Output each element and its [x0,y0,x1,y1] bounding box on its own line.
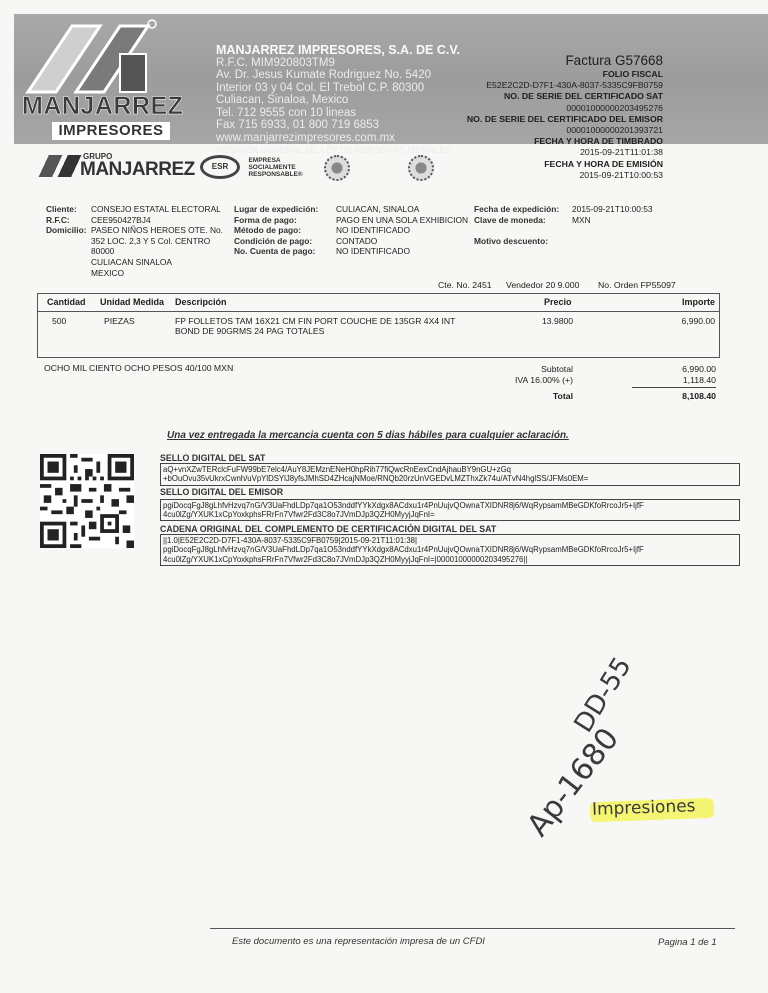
sello-sat-section: SELLO DIGITAL DEL SAT aQ+vnXZwTERclcFuFW… [160,453,740,566]
moneda-label: Clave de moneda: [474,215,559,226]
cadena-line: pgiDocqFgJ8gLhfvHzvq7nG/V3UaFhdLDp7qa1O5… [163,545,737,554]
table-header: Cantidad Unidad Medida Descripción Preci… [38,294,719,312]
invoice-title: Factura G57668 [467,53,663,69]
cell-descripcion-2: BOND DE 90GRMS 24 PAG TOTALES [175,326,324,337]
amount-in-words: OCHO MIL CIENTO OCHO PESOS 40/100 MXN [44,363,233,373]
sello-emisor-line: 4cu0lZg/YXUK1xCpYoxkphsFRrFn7Vfwr2Fd3C8o… [163,510,737,519]
esr-text-2: SOCIALMENTE [248,164,295,171]
sello-sat-line: +bOuOvu35vUkrxCwnh/uVpYlDSYlJ8yfsJMhSD4Z… [163,474,737,483]
global-compact-seal-icon [324,155,350,181]
lugar-value: CULIACAN, SINALOA [336,204,468,215]
handwritten-ap-1680: Ap-1680 [520,722,626,843]
iva-label: IVA 16.00% (+) [515,375,573,386]
orden-number: No. Orden FP55097 [598,280,676,290]
date-labels: Fecha de expedición: Clave de moneda: Mo… [474,204,559,246]
company-fax: Fax 715 6933, 01 800 719 6853 [216,119,460,132]
cliente-value: CONSEJO ESTATAL ELECTORAL [91,204,223,215]
lugar-label: Lugar de expedición: [234,204,318,215]
fecha-exp-label: Fecha de expedición: [474,204,559,215]
cadena-line: 4cu0lZg/YXUK1xCpYoxkphsFRrFn7Vfwr2Fd3C8o… [163,555,737,564]
grupo-manjarrez-logo: GRUPO MANJARREZ [38,155,82,177]
date-values: 2015-09-21T10:00:53 MXN [572,204,653,225]
total-value: 8,108.40 [682,391,716,402]
cell-unidad: PIEZAS [104,316,135,327]
domicilio-label: Domicilio: [46,225,86,236]
grupo-logo-mark-icon [38,155,82,177]
totals-divider [632,387,716,388]
header-unidad: Unidad Medida [100,297,164,307]
company-phone: Tel. 712 9555 con 10 lineas [216,107,460,120]
sello-sat-box: aQ+vnXZwTERclcFuFW99bE7elc4/AuY8JEMznENe… [160,463,740,486]
cell-precio: 13.9800 [542,316,573,327]
header-precio: Precio [544,297,572,307]
domicilio-line: 80000 [91,246,223,257]
cert-emisor-value: 00001000000201393721 [467,125,663,136]
cuenta-label: No. Cuenta de pago: [234,246,318,257]
grupo-word-text: MANJARREZ [80,159,195,181]
cadena-original-box: ||1.0|E52E2C2D-D7F1-430A-8037-5335C9FB07… [160,534,740,566]
payment-labels: Lugar de expedición: Forma de pago: Méto… [234,204,318,257]
header-cantidad: Cantidad [47,297,86,307]
company-address-3: Culiacan, Sinaloa, Mexico [216,94,460,107]
logo-brand-text: MANJARREZ [22,92,183,121]
folio-fiscal-value: E52E2C2D-D7F1-430A-8037-5335C9FB0759 [467,80,663,91]
cert-emisor-label: NO. DE SERIE DEL CERTIFICADO DEL EMISOR [467,114,663,125]
domicilio-line: 352 LOC. 2,3 Y 5 Col. CENTRO [91,236,223,247]
invoice-info: Factura G57668 FOLIO FISCAL E52E2C2D-D7F… [467,53,663,181]
vendedor: Vendedor 20 9.000 [506,280,579,290]
items-table: Cantidad Unidad Medida Descripción Preci… [37,293,720,358]
payment-values: CULIACAN, SINALOA PAGO EN UNA SOLA EXHIB… [336,204,468,257]
forma-value: PAGO EN UNA SOLA EXHIBICION [336,215,468,226]
sello-emisor-line: pgiDocqFgJ8gLhfvHzvq7nG/V3UaFhdLDp7qa1O5… [163,501,737,510]
company-logo: MANJARREZ IMPRESORES [20,14,160,136]
fecha-exp-value: 2015-09-21T10:00:53 [572,204,653,215]
sello-emisor-box: pgiDocqFgJ8gLhfvHzvq7nG/V3UaFhdLDp7qa1O5… [160,499,740,522]
cert-sat-label: NO. DE SERIE DEL CERTIFICADO SAT [467,91,663,102]
notice-text: Una vez entregada la mercancia cuenta co… [167,430,569,441]
logo-mark-icon [20,14,160,94]
cell-descripcion: FP FOLLETOS TAM 16X21 CM FIN PORT COUCHE… [175,316,455,327]
header-importe: Importe [682,297,715,307]
motivo-label: Motivo descuento: [474,236,559,247]
emision-label: FECHA Y HORA DE EMISIÓN [467,159,663,170]
sello-sat-label: SELLO DIGITAL DEL SAT [160,453,740,463]
company-address-1: Av. Dr. Jesus Kumate Rodriguez No. 5420 [216,69,460,82]
domicilio-line: PASEO NIÑOS HEROES OTE. No. [91,225,223,236]
qr-code-icon [40,454,134,548]
cliente-label: Cliente: [46,204,86,215]
forma-label: Forma de pago: [234,215,318,226]
rfc-value: CEE950427BJ4 [91,215,223,226]
logo-sub-text: IMPRESORES [52,122,170,140]
certification-seal-icon [408,155,434,181]
domicilio-line: CULIACAN SINALOA [91,257,223,268]
totals-labels: Subtotal IVA 16.00% (+) Total [515,364,573,402]
iva-value: 1,118.40 [682,375,716,386]
esr-text: EMPRESA SOCIALMENTE RESPONSABLE® [248,157,302,178]
metodo-label: Método de pago: [234,225,318,236]
domicilio-line: MEXICO [91,268,223,279]
company-address-2: Interior 03 y 04 Col. El Trebol C.P. 803… [216,82,460,95]
condicion-label: Condición de pago: [234,236,318,247]
cadena-line: ||1.0|E52E2C2D-D7F1-430A-8037-5335C9FB07… [163,536,737,545]
footer-note: Este documento es una representación imp… [232,936,485,947]
client-values: CONSEJO ESTATAL ELECTORAL CEE950427BJ4 P… [91,204,223,278]
esr-text-3: RESPONSABLE® [248,171,302,178]
cadena-original-label: CADENA ORIGINAL DEL COMPLEMENTO DE CERTI… [160,524,740,534]
header-descripcion: Descripción [175,297,227,307]
metodo-value: NO IDENTIFICADO [336,225,468,236]
cliente-number: Cte. No. 2451 [438,280,492,290]
sello-sat-line: aQ+vnXZwTERclcFuFW99bE7elc4/AuY8JEMznENe… [163,465,737,474]
cell-cantidad: 500 [52,316,66,327]
company-rfc: R.F.C. MIM920803TM9 [216,57,460,70]
subtotal-value: 6,990.00 [682,364,716,375]
esr-logo: ESR EMPRESA SOCIALMENTE RESPONSABLE® [200,155,303,179]
sello-emisor-label: SELLO DIGITAL DEL EMISOR [160,487,740,497]
folio-fiscal-label: FOLIO FISCAL [467,69,663,80]
company-name: MANJARREZ IMPRESORES, S.A. DE C.V. [216,44,460,57]
totals-values: 6,990.00 1,118.40 8,108.40 [682,364,716,402]
total-label: Total [515,391,573,402]
esr-mark-icon: ESR [200,155,240,179]
condicion-value: CONTADO [336,236,468,247]
timbrado-value: 2015-09-21T11:01:38 [467,147,663,158]
rfc-label: R.F.C: [46,215,86,226]
subtotal-label: Subtotal [515,364,573,375]
moneda-value: MXN [572,215,653,226]
client-labels: Cliente: R.F.C: Domicilio: [46,204,86,236]
emision-value: 2015-09-21T10:00:53 [467,170,663,181]
page-number: Pagina 1 de 1 [658,937,717,948]
footer-divider [210,928,735,929]
cell-importe: 6,990.00 [682,316,715,327]
timbrado-label: FECHA Y HORA DE TIMBRADO [467,136,663,147]
handwritten-impresiones: Impresiones [592,796,696,820]
company-details: MANJARREZ IMPRESORES, S.A. DE C.V. R.F.C… [216,44,460,157]
cuenta-value: NO IDENTIFICADO [336,246,468,257]
company-website: www.manjarrezimpresores.com.mx [216,132,460,145]
cert-sat-value: 00001000000203495276 [467,103,663,114]
esr-text-1: EMPRESA [248,157,280,164]
